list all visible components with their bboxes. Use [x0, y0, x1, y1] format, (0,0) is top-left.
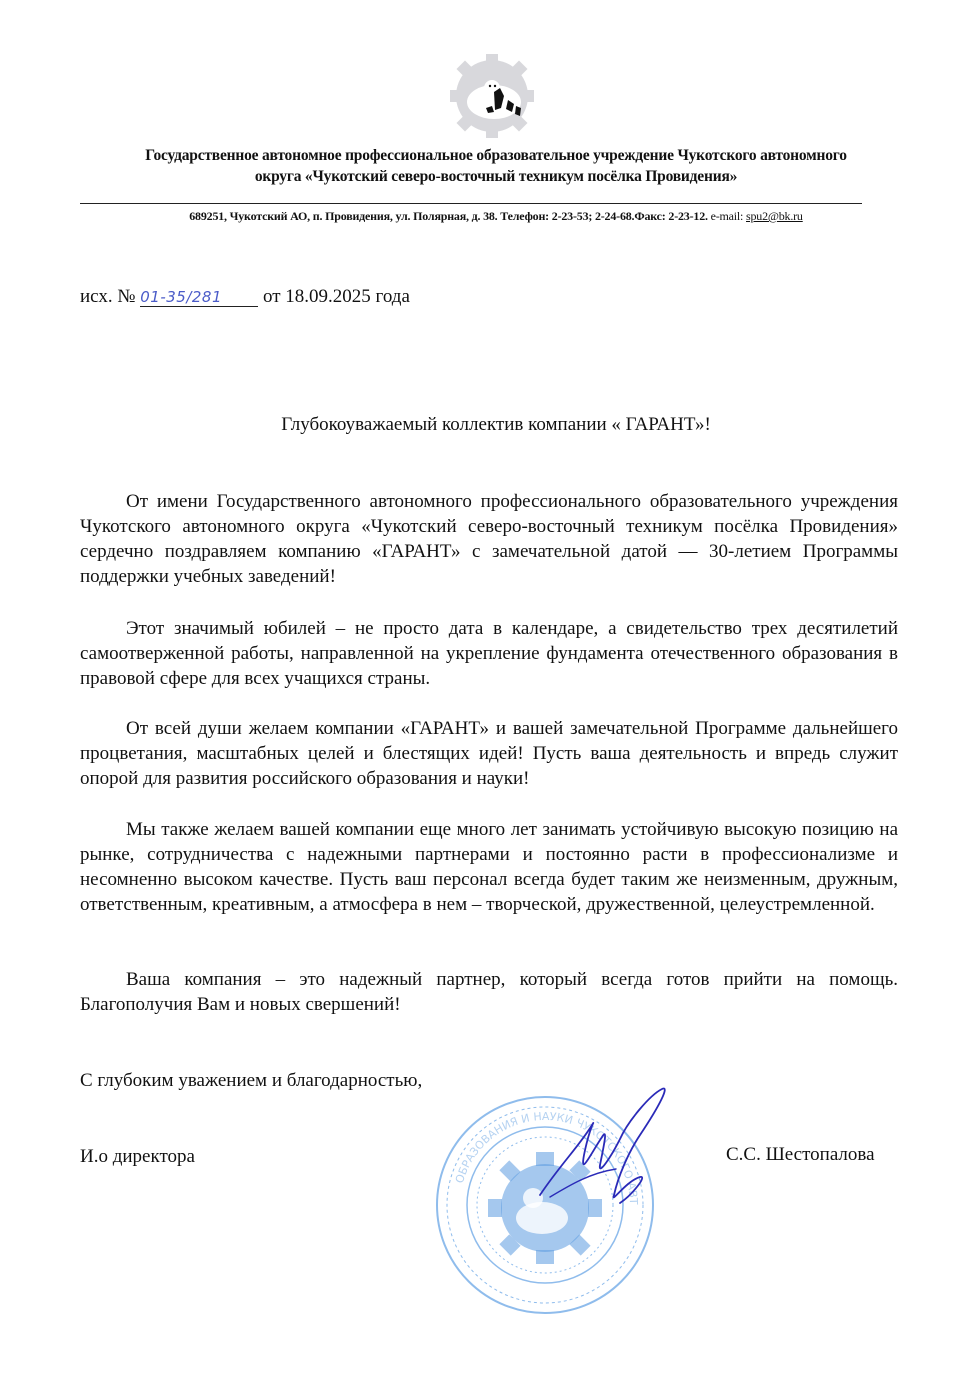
letter-paragraph-1: От имени Государственного автономного пр…: [80, 489, 898, 589]
letter-paragraph-2: Этот значимый юбилей – не просто дата в …: [80, 616, 898, 691]
outgoing-reference: исх. № 01-35/281 от 18.09.2025 года: [80, 286, 410, 308]
closing-phrase: С глубоким уважением и благодарностью,: [80, 1070, 422, 1092]
address-text: 689251, Чукотский АО, п. Провидения, ул.…: [189, 209, 708, 223]
organization-name-line-1: Государственное автономное профессиональ…: [60, 145, 932, 166]
letterhead-divider: [80, 203, 862, 204]
letter-paragraph-5: Ваша компания – это надежный партнер, ко…: [80, 967, 898, 1017]
paragraph-text: От имени Государственного автономного пр…: [80, 489, 898, 589]
letter-greeting: Глубокоуважаемый коллектив компании « ГА…: [60, 414, 932, 436]
handwritten-signature-icon: [520, 1085, 680, 1245]
reference-prefix: исх. №: [80, 286, 135, 307]
paragraph-text: Этот значимый юбилей – не просто дата в …: [80, 616, 898, 691]
email-link[interactable]: spu2@bk.ru: [746, 209, 803, 223]
organization-name-line-2: округа «Чукотский северо-восточный техни…: [60, 166, 932, 187]
email-label: e-mail:: [711, 209, 744, 223]
reference-date: от 18.09.2025 года: [263, 286, 410, 307]
paragraph-text: От всей души желаем компании «ГАРАНТ» и …: [80, 716, 898, 791]
organization-address: 689251, Чукотский АО, п. Провидения, ул.…: [60, 209, 932, 224]
paragraph-text: Мы также желаем вашей компании еще много…: [80, 817, 898, 917]
organization-name: Государственное автономное профессиональ…: [60, 145, 932, 187]
letter-paragraph-4: Мы также желаем вашей компании еще много…: [80, 817, 898, 917]
signer-name: С.С. Шестопалова: [726, 1144, 875, 1166]
signer-position: И.о директора: [80, 1146, 195, 1168]
paragraph-text: Ваша компания – это надежный партнер, ко…: [80, 967, 898, 1017]
letter-paragraph-3: От всей души желаем компании «ГАРАНТ» и …: [80, 716, 898, 791]
reference-number-handwritten: 01-35/281: [140, 288, 258, 307]
polar-bear-gear-emblem-icon: [442, 50, 542, 142]
